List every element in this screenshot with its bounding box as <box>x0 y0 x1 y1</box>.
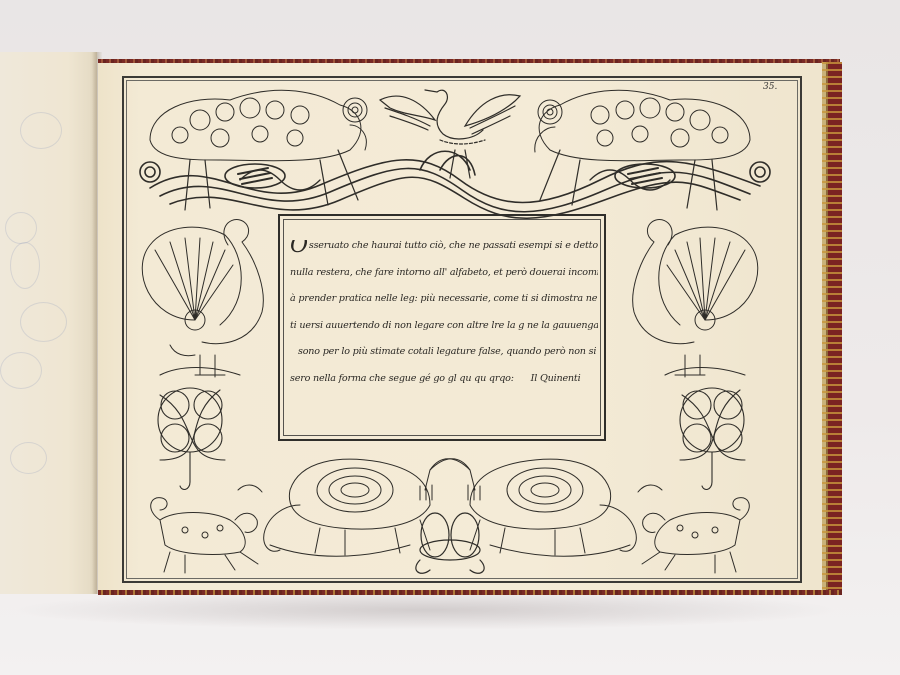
turkey-left <box>142 220 263 377</box>
text-line: ti uersi auuertendo di non legare con al… <box>290 320 598 347</box>
calligraphy-text: Osseruato che haurai tutto ciò, che ne p… <box>290 240 598 399</box>
heron-center <box>380 90 520 178</box>
initial-capital: O <box>290 240 308 258</box>
turkey-right <box>633 220 758 377</box>
knot-right <box>665 368 745 490</box>
interlace-band <box>140 151 770 218</box>
dog-right <box>642 498 749 573</box>
ram-left <box>150 90 367 210</box>
text-line: à prender pratica nelle leg: più necessa… <box>290 293 598 320</box>
text-line: sono per lo più stimate cotali legature … <box>290 346 598 373</box>
text-line: Osseruato che haurai tutto ciò, che ne p… <box>290 240 598 267</box>
text-line: nulla restera, che fare intorno all' alf… <box>290 267 598 294</box>
knot-left <box>158 368 240 490</box>
bull-left <box>238 459 480 557</box>
loop-knot-center <box>416 513 484 573</box>
signature: Il Quinenti <box>531 373 581 384</box>
bull-right <box>420 459 662 557</box>
dog-left <box>151 498 258 573</box>
text-line: sero nella forma che segue gé go gl qu q… <box>290 373 598 400</box>
